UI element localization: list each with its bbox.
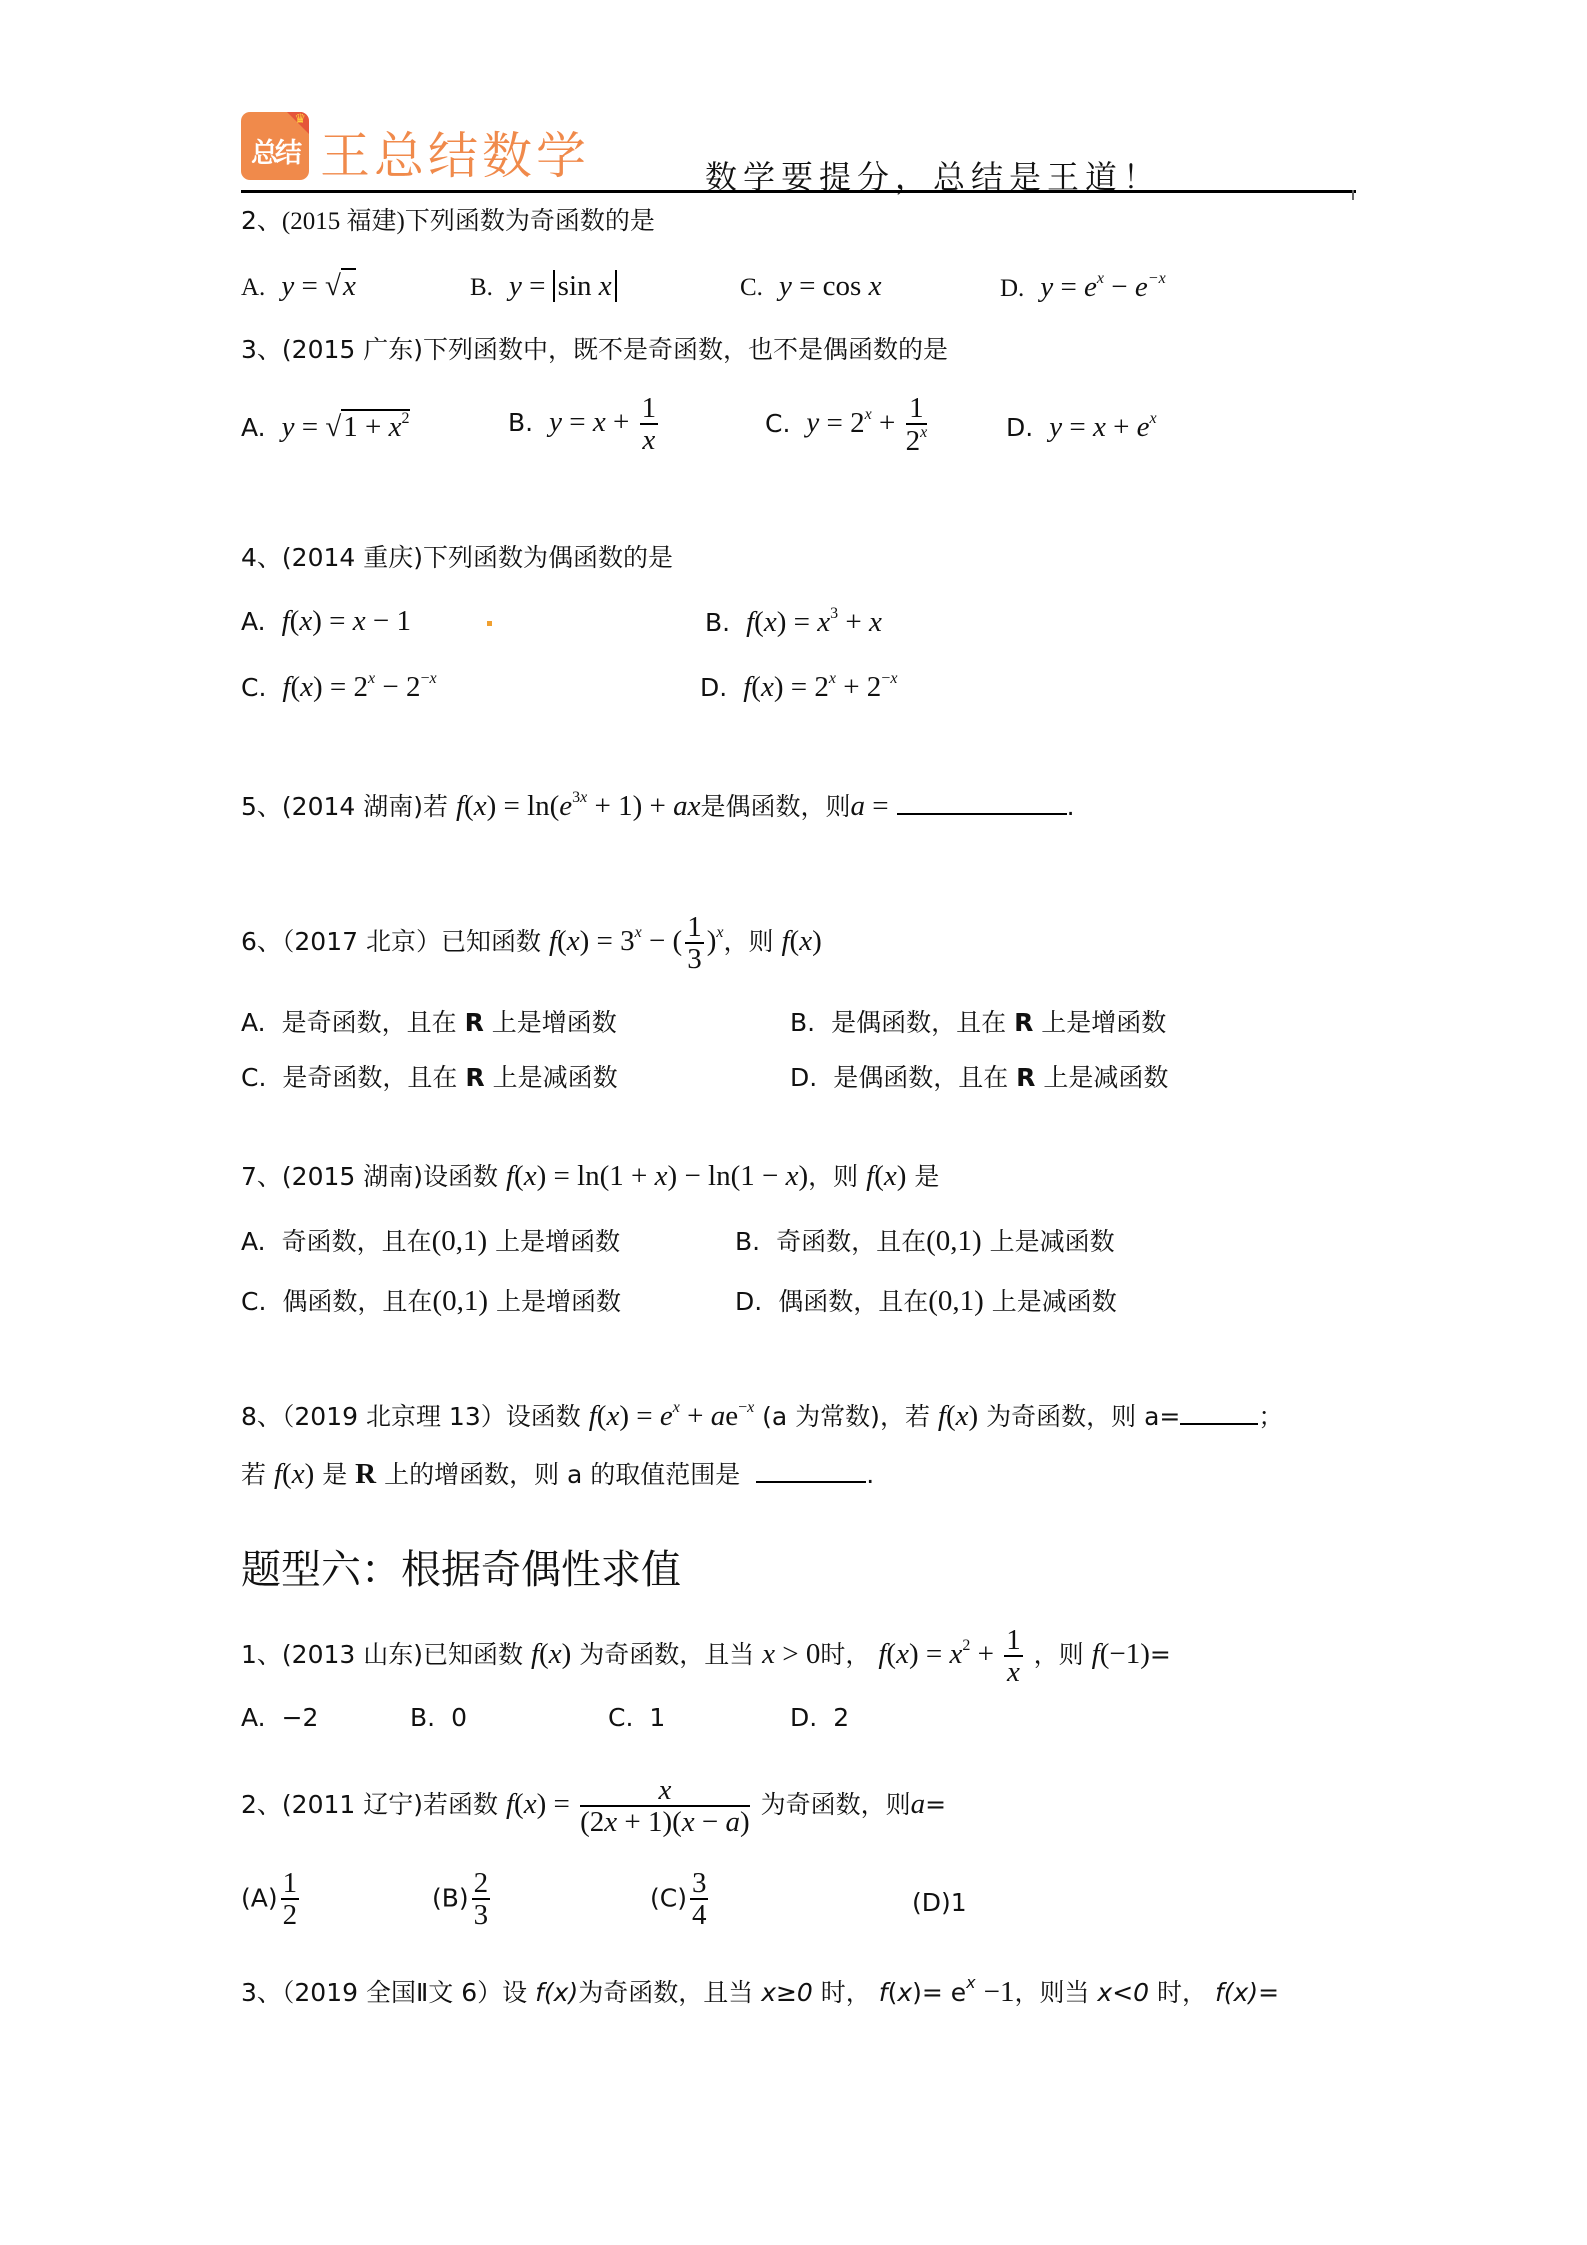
stem-text: 上的增函数，则 a 的取值范围是: [384, 1460, 740, 1489]
stem-text: 为奇函数，则: [761, 1790, 911, 1819]
stem-text: 已知函数: [423, 1640, 523, 1669]
math-expr: f(x): [866, 1160, 906, 1192]
option-label: A.: [241, 1008, 266, 1037]
stem-text: 已知函数: [441, 927, 541, 956]
logo-icon-text: 总结: [243, 131, 307, 170]
option-text: 奇函数，且在: [776, 1227, 926, 1256]
math-expr: f(x) = x(2x + 1)(x − a): [506, 1788, 753, 1820]
option-value: 1: [951, 1888, 967, 1917]
option-label: D.: [735, 1287, 762, 1316]
option-label: C.: [241, 1287, 266, 1316]
stem-text: 为奇函数，且当: [579, 1640, 754, 1669]
option-text: 上是减函数: [1043, 1063, 1168, 1092]
question-6: 6、（2017 北京）已知函数 f(x) = 3x − (13)x，则 f(x): [241, 912, 822, 975]
option-c: C.y = 2x + 12x: [765, 393, 930, 457]
math-expr: f(x)= ex −1: [879, 1978, 1015, 2007]
option-a: A.y = √1 + x2: [241, 410, 410, 444]
option-label: D.: [1006, 413, 1033, 442]
math-expr: x<0: [1097, 1978, 1149, 2007]
interval: (0,1): [432, 1225, 488, 1257]
question-number: 1、: [241, 1640, 282, 1669]
math-expr: f(x): [531, 1638, 571, 1670]
option-text: 是偶函数，且在: [831, 1008, 1006, 1037]
math-expr: x > 0: [762, 1638, 820, 1670]
option-label: C.: [608, 1703, 633, 1732]
option-label: D.: [790, 1063, 817, 1092]
stem-text: 若函数: [423, 1790, 498, 1819]
math-expr: x≥0: [761, 1978, 813, 2007]
question-number: 2、: [241, 206, 282, 235]
stem-text: 为奇函数，且当: [578, 1978, 753, 2007]
stem-text: 设函数: [506, 1402, 581, 1431]
option-b: B.0: [410, 1703, 467, 1732]
question-source: (2011 辽宁): [282, 1790, 423, 1819]
interval: (0,1): [432, 1285, 488, 1317]
question-source: (2014 湖南): [282, 792, 423, 821]
option-text: 上是减函数: [990, 1227, 1115, 1256]
option-label: C.: [241, 1063, 266, 1092]
math-expr: f(x): [274, 1458, 314, 1490]
option-value: −2: [282, 1703, 319, 1732]
stem-text: ，若: [880, 1402, 930, 1431]
option-a: A.奇函数，且在(0,1) 上是增函数: [241, 1222, 620, 1258]
question-source: (2014 重庆): [282, 543, 423, 572]
option-c: (C)34: [650, 1868, 711, 1931]
option-c: C.f(x) = 2x − 2−x: [241, 670, 437, 704]
option-c: C.是奇函数，且在 R 上是减函数: [241, 1058, 618, 1094]
stem-text: 是偶函数，则: [701, 792, 851, 821]
option-b: B.y = x + 1x: [508, 393, 661, 456]
option-label: B.: [508, 408, 533, 437]
option-text: 上是增函数: [496, 1287, 621, 1316]
option-text: 上是增函数: [495, 1227, 620, 1256]
math-expr: y: [281, 270, 294, 302]
answer-variable: a: [851, 790, 866, 822]
option-b: B.y = sin x: [470, 270, 617, 303]
question-b2: 2、(2011 辽宁)若函数 f(x) = x(2x + 1)(x − a) 为…: [241, 1775, 946, 1838]
option-label: (D): [912, 1888, 951, 1917]
stem-text: 设函数: [423, 1162, 498, 1191]
option-value: 0: [451, 1703, 467, 1732]
stem-text: ，则: [1034, 1640, 1084, 1669]
stem-text: 为奇函数，则 a=: [986, 1402, 1180, 1431]
end-period: .: [1067, 792, 1075, 821]
option-label: (A): [241, 1883, 278, 1912]
question-2: 2、(2015 福建)下列函数为奇函数的是: [241, 208, 655, 234]
math-expr: f(x) = 3x − (13)x: [549, 925, 724, 957]
option-text: 上是增函数: [492, 1008, 617, 1037]
option-d: D.f(x) = 2x + 2−x: [700, 670, 897, 704]
stem-text: 若: [423, 792, 448, 821]
question-b1: 1、(2013 山东)已知函数 f(x) 为奇函数，且当 x > 0时， f(x…: [241, 1625, 1171, 1688]
option-text: 是奇函数，且在: [282, 1008, 457, 1037]
question-source: （2017 北京）: [282, 927, 441, 956]
option-label: D.: [700, 673, 727, 702]
option-a: (A)12: [241, 1868, 302, 1931]
question-number: 5、: [241, 792, 282, 821]
option-label: C.: [241, 673, 266, 702]
question-number: 7、: [241, 1162, 282, 1191]
option-label: C.: [765, 409, 790, 438]
question-4: 4、(2014 重庆)下列函数为偶函数的是: [241, 545, 673, 570]
question-5: 5、(2014 湖南)若 f(x) = ln(e3x + 1) + ax是偶函数…: [241, 790, 1075, 821]
option-label: D.: [1000, 275, 1024, 302]
answer-blank-1[interactable]: [1180, 1403, 1258, 1425]
option-value: 2: [833, 1703, 849, 1732]
question-stem: 下列函数中，既不是奇函数，也不是偶函数的是: [423, 335, 948, 364]
option-label: A.: [241, 1227, 266, 1256]
header-divider-tick: [1352, 190, 1354, 200]
question-source: (2013 山东): [282, 1640, 423, 1669]
question-source: （2019 全国Ⅱ文 6）: [282, 1978, 502, 2007]
set-r: R: [465, 1008, 484, 1037]
stem-text: 是: [322, 1460, 347, 1489]
stem-text: 时，: [1157, 1978, 1207, 2007]
math-expr: f(x): [535, 1978, 578, 2007]
question-3: 3、(2015 广东)下列函数中，既不是奇函数，也不是偶函数的是: [241, 337, 948, 362]
option-label: (B): [432, 1883, 469, 1912]
option-a: A.y = √x: [241, 270, 356, 303]
question-number: 3、: [241, 335, 282, 364]
math-expr: f(x) = ln(1 + x) − ln(1 − x): [506, 1160, 808, 1192]
option-text: 奇函数，且在: [282, 1227, 432, 1256]
option-label: B.: [410, 1703, 435, 1732]
option-b: B.是偶函数，且在 R 上是增函数: [790, 1003, 1166, 1039]
question-7: 7、(2015 湖南)设函数 f(x) = ln(1 + x) − ln(1 −…: [241, 1162, 939, 1191]
set-r: R: [465, 1063, 484, 1092]
header-divider: [241, 190, 1356, 193]
interval: (0,1): [928, 1285, 984, 1317]
note-text: (a 为常数): [762, 1402, 880, 1431]
option-text: 是偶函数，且在: [833, 1063, 1008, 1092]
logo-icon: ♛ 总结: [241, 112, 309, 180]
stem-text: 时，: [821, 1978, 871, 2007]
option-text: 偶函数，且在: [778, 1287, 928, 1316]
option-value: 1: [649, 1703, 665, 1732]
option-c: C.1: [608, 1703, 665, 1732]
math-expr: f(x): [938, 1400, 978, 1432]
option-c: C.偶函数，且在(0,1) 上是增函数: [241, 1282, 621, 1318]
option-label: C.: [740, 274, 763, 301]
option-d: D.2: [790, 1703, 849, 1732]
section-title: 题型六：根据奇偶性求值: [241, 1538, 681, 1595]
set-r: R: [1014, 1008, 1033, 1037]
option-a: A.是奇函数，且在 R 上是增函数: [241, 1003, 617, 1039]
option-c: C.y = cos x: [740, 270, 881, 303]
stem-text: ，则当: [1014, 1978, 1089, 2007]
stray-mark: [487, 621, 492, 626]
option-d: (D)1: [912, 1888, 967, 1917]
option-label: B.: [790, 1008, 815, 1037]
set-r: R: [355, 1458, 376, 1490]
answer-blank[interactable]: [897, 793, 1067, 815]
option-label: A.: [241, 1703, 266, 1732]
stem-text: 是: [914, 1162, 939, 1191]
stem-text: 设: [502, 1978, 527, 2007]
question-number: 6、: [241, 927, 282, 956]
crown-icon: ♛: [294, 112, 306, 127]
option-text: 是奇函数，且在: [282, 1063, 457, 1092]
option-b: B.f(x) = x3 + x: [705, 605, 882, 639]
stem-text: ；: [1258, 1402, 1283, 1431]
option-d: D.是偶函数，且在 R 上是减函数: [790, 1058, 1168, 1094]
option-a: A.−2: [241, 1703, 318, 1732]
option-label: A.: [241, 413, 266, 442]
option-a: A.f(x) = x − 1: [241, 605, 411, 638]
interval: (0,1): [926, 1225, 982, 1257]
question-source: （2019 北京理 13）: [282, 1402, 506, 1431]
option-b: (B)23: [432, 1868, 493, 1931]
option-label: B.: [705, 608, 730, 637]
question-number: 4、: [241, 543, 282, 572]
stem-text: ，则: [808, 1162, 858, 1191]
math-expr: f(x): [781, 925, 821, 957]
math-expr: f(−1): [1092, 1638, 1150, 1670]
question-b3: 3、（2019 全国Ⅱ文 6）设 f(x)为奇函数，且当 x≥0 时， f(x)…: [241, 1975, 1279, 2007]
option-label: D.: [790, 1703, 817, 1732]
option-label: A.: [241, 607, 266, 636]
stem-text: ，则: [723, 927, 773, 956]
math-expr: f(x)=: [1215, 1978, 1279, 2007]
math-expr: f(x) = ln(e3x + 1) + ax: [456, 790, 701, 822]
option-d: D.y = x + ex: [1006, 410, 1157, 444]
brand-name: 王总结数学: [320, 116, 590, 188]
option-label: B.: [735, 1227, 760, 1256]
option-d: D.偶函数，且在(0,1) 上是减函数: [735, 1282, 1117, 1318]
question-stem: 下列函数为偶函数的是: [423, 543, 673, 572]
option-text: 上是增函数: [1041, 1008, 1166, 1037]
question-8: 8、（2019 北京理 13）设函数 f(x) = ex + ae−x (a 为…: [241, 1400, 1283, 1431]
question-source: (2015 湖南): [282, 1162, 423, 1191]
option-text: 上是减函数: [992, 1287, 1117, 1316]
option-d: D.y = ex − e−x: [1000, 270, 1166, 304]
set-r: R: [1016, 1063, 1035, 1092]
option-label: B.: [470, 274, 493, 301]
question-source: (2015 广东): [282, 335, 423, 364]
question-source: (2015 福建): [282, 208, 405, 235]
stem-text: 若: [241, 1460, 266, 1489]
question-8-line-2: 若 f(x) 是 R 上的增函数，则 a 的取值范围是 .: [241, 1460, 874, 1489]
option-b: B.奇函数，且在(0,1) 上是减函数: [735, 1222, 1115, 1258]
answer-blank-2[interactable]: [756, 1461, 866, 1483]
question-number: 8、: [241, 1402, 282, 1431]
math-expr: f(x) = x2 + 1x: [878, 1638, 1025, 1670]
end-period: .: [866, 1460, 874, 1489]
option-text: 上是减函数: [493, 1063, 618, 1092]
stem-text: 时，: [820, 1640, 870, 1669]
answer-variable: a: [911, 1788, 926, 1820]
question-number: 2、: [241, 1790, 282, 1819]
option-label: A.: [241, 274, 265, 301]
question-number: 3、: [241, 1978, 282, 2007]
math-expr: f(x) = ex + ae−x: [589, 1400, 754, 1432]
question-stem: 下列函数为奇函数的是: [405, 206, 655, 235]
option-label: (C): [650, 1883, 687, 1912]
option-text: 偶函数，且在: [282, 1287, 432, 1316]
